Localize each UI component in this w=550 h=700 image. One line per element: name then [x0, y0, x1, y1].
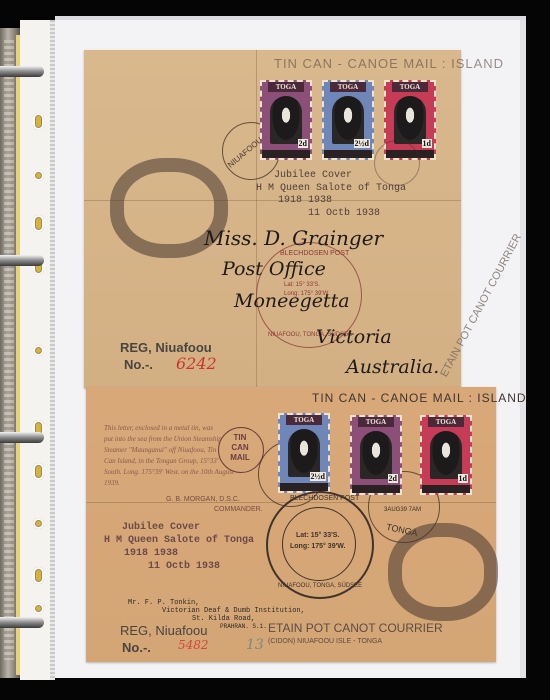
cover-header: TIN CAN - CANOE MAIL : ISLAND	[312, 391, 527, 405]
cachet-long: Long: 175° 39'W.	[290, 543, 345, 550]
stamp-value: 2½d	[354, 139, 370, 148]
cachet-line: 1918 1938	[278, 195, 332, 206]
stamp-country: TOGA	[286, 415, 322, 425]
punch-hole	[33, 345, 44, 356]
cover-header: TIN CAN - CANOE MAIL : ISLAND	[274, 56, 504, 71]
punch-hole	[33, 603, 44, 614]
stamp: TOGA 2½d	[322, 80, 374, 160]
stamp-country: TOGA	[358, 417, 394, 427]
punch-hole	[33, 567, 44, 584]
pencil-note: 13	[246, 637, 264, 653]
stamp-base	[324, 150, 372, 158]
address-line: Mr. F. P. Tonkin,	[128, 599, 199, 607]
binder-ring[interactable]	[0, 66, 44, 77]
stamp-value: 1d	[422, 139, 432, 148]
stamp-value: 2½d	[310, 472, 326, 481]
queen-portrait	[430, 431, 462, 479]
note-line: Can Island, in the Tongan Group, 15°33'	[104, 456, 234, 467]
tin-can-mail-word: CAN	[224, 443, 256, 453]
stamp: TOGA 2d	[260, 80, 312, 160]
cachet-lat: Lat: 15° 33'S.	[284, 282, 320, 288]
courrier-cachet-line2: (CIDON) NIUAFOOU ISLE - TONGA	[268, 638, 382, 645]
address-line: Moneegetta	[234, 290, 350, 312]
tin-can-mail-text: TIN CAN MAIL	[224, 433, 256, 463]
queen-portrait	[288, 429, 320, 477]
punch-hole	[33, 215, 44, 232]
cachet-line: Jubilee Cover	[274, 170, 352, 181]
tin-can-mail-word: MAIL	[224, 453, 256, 463]
binder-ring[interactable]	[0, 255, 44, 266]
tin-can-mail-word: TIN	[224, 433, 256, 443]
stamp-country: TOGA	[268, 82, 304, 92]
stamp-value: 1d	[458, 474, 468, 483]
stamp: TOGA 2½d	[278, 413, 330, 493]
queen-portrait	[270, 96, 302, 144]
registration-number: 6242	[176, 354, 217, 373]
stamp-base	[280, 483, 328, 491]
cachet-bottom-text: NIUAFOOU, TONGA, SÜDSEE	[278, 583, 362, 589]
cachet-line: 11 Octb 1938	[308, 208, 380, 219]
cachet-line: H M Queen Salote of Tonga	[256, 183, 406, 194]
address-line: Victoria	[316, 326, 392, 348]
stamp-country: TOGA	[330, 82, 366, 92]
courrier-cachet-line1: ETAIN POT CANOT COURRIER	[268, 621, 443, 635]
registration-no-label: No.-.	[122, 640, 151, 655]
stamp-base	[352, 485, 400, 493]
stamp-base	[262, 150, 310, 158]
stamp: TOGA 1d	[420, 415, 472, 495]
stamp-base	[422, 485, 470, 493]
signature-name: G. B. MORGAN, D.S.C.	[166, 496, 240, 503]
note-line: Steamer "Maunganui" off Niuafoou, Tin	[104, 445, 234, 456]
note-line: South. Long. 175°39' West. on the 10th A…	[104, 467, 234, 478]
stamp: TOGA 2d	[350, 415, 402, 495]
punch-hole	[33, 170, 44, 181]
cachet-line: 11 Octb 1938	[148, 561, 220, 572]
cachet-line: 1918 1938	[124, 548, 178, 559]
cachet-lat: Lat: 15° 33'S.	[296, 532, 339, 539]
note-line: 1939.	[104, 478, 234, 489]
binder-ring[interactable]	[0, 432, 44, 443]
island-map-cachet	[388, 523, 498, 621]
registration-label: REG, Niuafoou	[120, 623, 207, 638]
stamp-country: TOGA	[392, 82, 428, 92]
registration-label: REG, Niuafoou	[120, 340, 212, 355]
cachet-line: H M Queen Salote of Tonga	[104, 535, 254, 546]
registration-no-label: No.-.	[124, 357, 153, 372]
note-line: This letter, enclosed in a metal tin, wa…	[104, 423, 234, 434]
postmark-date: 3AUG39 7AM	[384, 507, 421, 513]
address-line: Victorian Deaf & Dumb Institution,	[162, 607, 305, 615]
note-text: This letter, enclosed in a metal tin, wa…	[104, 423, 234, 489]
stamp-value: 2d	[298, 139, 308, 148]
registration-number: 5482	[178, 638, 209, 652]
address-line: St. Kilda Road,	[192, 615, 255, 623]
signature-rank: COMMANDER.	[214, 506, 263, 513]
binder-spine-texture	[4, 40, 14, 660]
address-line: Australia.	[346, 356, 439, 378]
address-line: PRAHRAN. S.1.	[220, 623, 267, 630]
note-line: put into the sea from the Union Steamshi…	[104, 434, 234, 445]
punch-hole	[33, 518, 44, 529]
stamp-country: TOGA	[428, 417, 464, 427]
stamp-value: 2d	[388, 474, 398, 483]
cover-bottom: TIN CAN - CANOE MAIL : ISLAND This lette…	[86, 387, 496, 662]
queen-portrait	[360, 431, 392, 479]
queen-portrait	[332, 96, 364, 144]
binder-ring[interactable]	[0, 617, 44, 628]
address-line: Post Office	[222, 258, 326, 280]
cover-top: TIN CAN - CANOE MAIL : ISLAND NIUAFOOU T…	[84, 50, 461, 388]
cachet-line: Jubilee Cover	[122, 522, 200, 533]
fold-line	[256, 50, 257, 388]
punch-hole	[33, 463, 44, 480]
punch-hole	[33, 113, 44, 130]
cachet-top-text: BLECHDOSEN POST	[290, 495, 359, 502]
